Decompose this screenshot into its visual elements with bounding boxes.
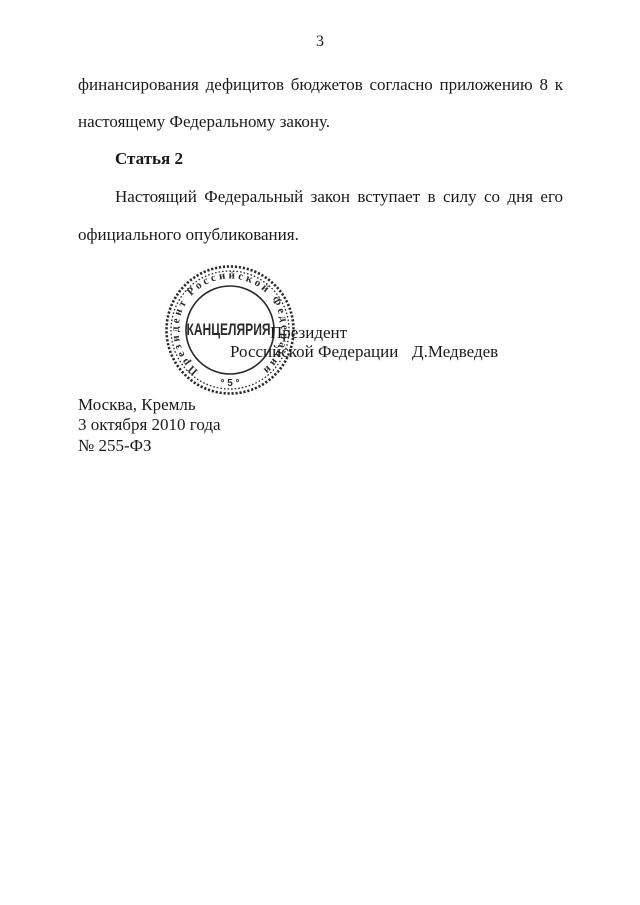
paragraph1-line2: настоящему Федеральному закону.	[78, 111, 330, 133]
document-page: 3 финансирования дефицитов бюджетов согл…	[0, 0, 640, 905]
paragraph1-line1: финансирования дефицитов бюджетов соглас…	[78, 74, 563, 96]
stamp-bottom-text: ° 5 °	[220, 378, 239, 389]
paragraph2-line2: официального опубликования.	[78, 224, 299, 246]
paragraph2-line1: Настоящий Федеральный закон вступает в с…	[115, 186, 563, 208]
signature-name: Д.Медведев	[412, 341, 498, 363]
chancellery-stamp-icon: Президент Российской Федерации ° 5 ° КАН…	[160, 260, 300, 400]
footer-place: Москва, Кремль	[78, 394, 196, 416]
page-number: 3	[0, 32, 640, 52]
stamp-center-text: КАНЦЕЛЯРИЯ	[187, 321, 271, 339]
footer-date: 3 октября 2010 года	[78, 414, 221, 436]
footer-number: № 255-ФЗ	[78, 435, 152, 457]
article-heading: Статья 2	[115, 148, 183, 170]
